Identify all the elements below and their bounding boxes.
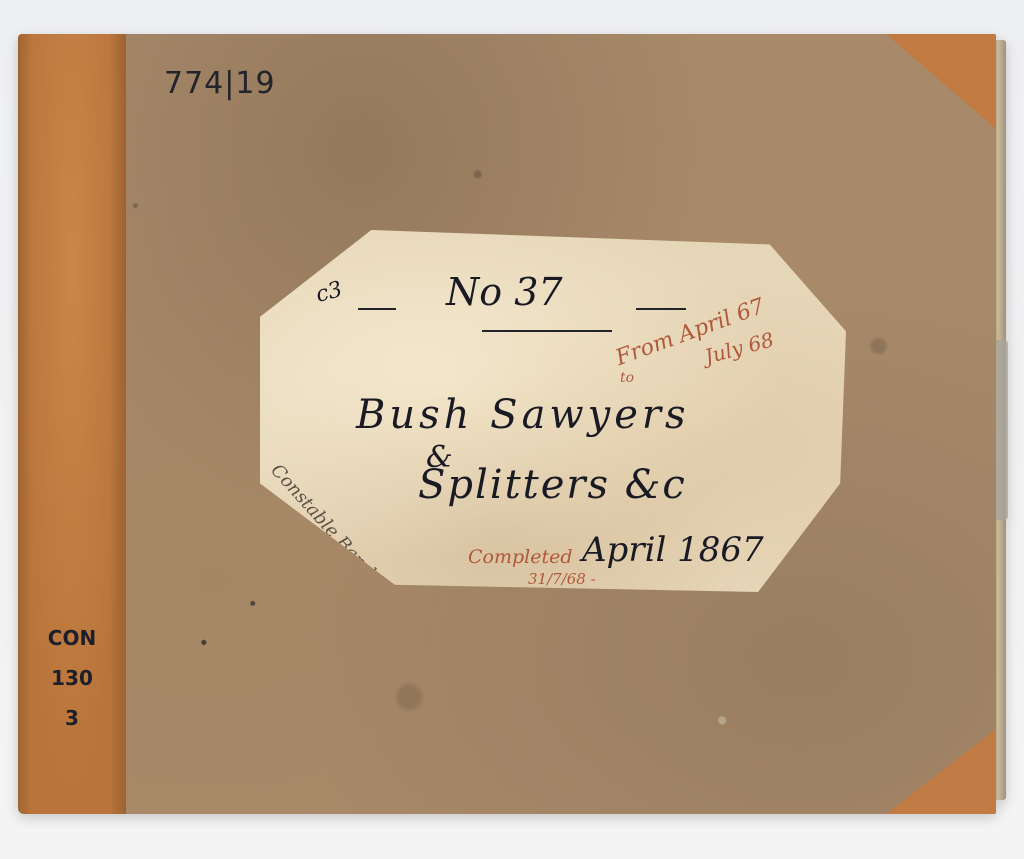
label-number: No 37 bbox=[446, 270, 563, 314]
paper-label: c3 No 37 From April 67 July 68 to Bush S… bbox=[260, 230, 846, 592]
leather-spine: CON 130 3 bbox=[18, 34, 126, 814]
rule-under-number bbox=[482, 330, 612, 332]
spine-label-line-1: CON bbox=[18, 628, 126, 648]
rule-left bbox=[358, 308, 396, 310]
label-title-line-2: Splitters &c bbox=[418, 462, 687, 508]
spine-label-line-3: 3 bbox=[18, 708, 126, 728]
rule-right bbox=[636, 308, 686, 310]
red-completed-date: 31/7/68 - bbox=[528, 570, 596, 588]
label-title-line-1: Bush Sawyers bbox=[356, 392, 690, 438]
label-date: April 1867 bbox=[582, 530, 764, 570]
red-small-note: to bbox=[620, 370, 634, 386]
book: CON 130 3 774|19 c3 No 37 From April 67 … bbox=[18, 34, 1000, 814]
red-completed-note: Completed bbox=[468, 546, 573, 568]
label-corner-mark: c3 bbox=[313, 277, 345, 308]
red-from-note: From April 67 bbox=[612, 294, 768, 371]
spine-label-line-2: 130 bbox=[18, 668, 126, 688]
book-cover: CON 130 3 774|19 c3 No 37 From April 67 … bbox=[18, 34, 996, 814]
reference-number: 774|19 bbox=[164, 66, 276, 101]
